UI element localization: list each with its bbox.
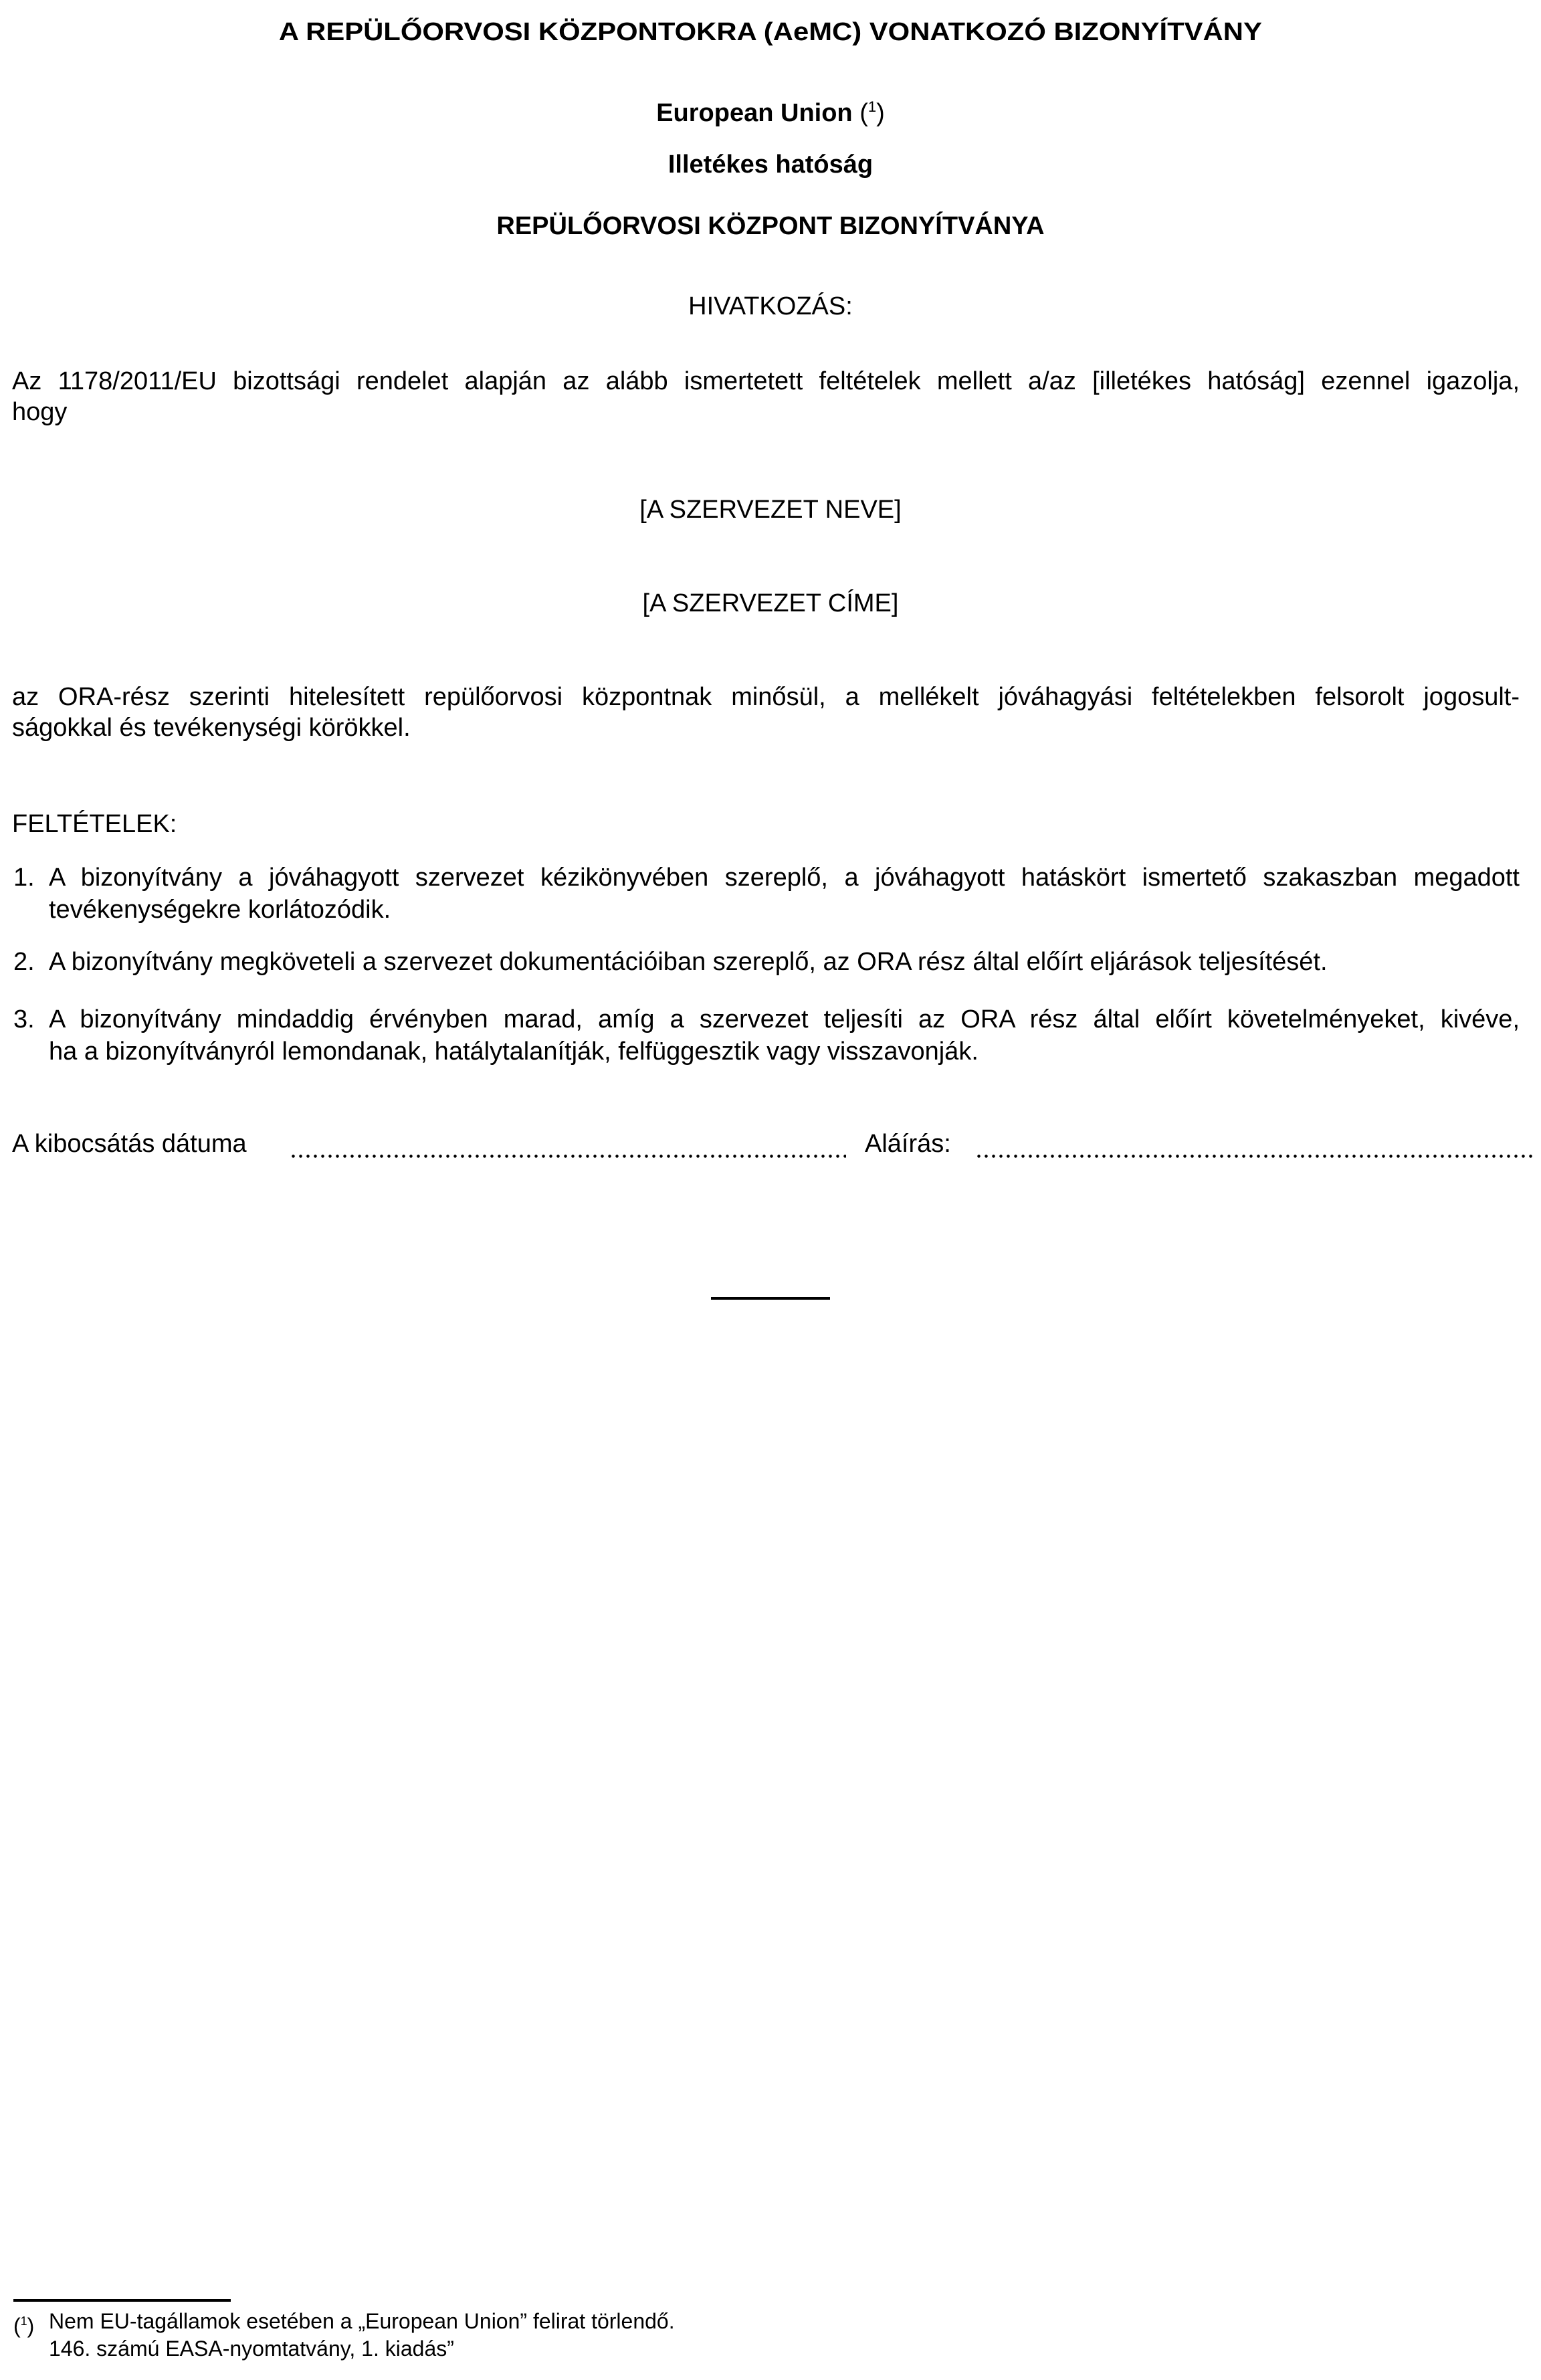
condition-text-line: tevékenységekre korlátozódik. xyxy=(49,895,1520,924)
footnote-marker: (1) xyxy=(13,2308,34,2339)
organisation-address-field: [A SZERVEZET CÍME] xyxy=(0,589,1541,618)
signature-label: Aláírás: xyxy=(865,1129,951,1159)
issuer-name: European Union xyxy=(656,99,852,127)
condition-text-line: A bizonyítvány mindaddig érvényben marad… xyxy=(49,1005,1520,1034)
issuer-line: European Union (1) xyxy=(0,92,1541,128)
conditions-heading: FELTÉTELEK: xyxy=(12,809,177,839)
issue-date-label: A kibocsátás dátuma xyxy=(12,1129,247,1159)
condition-number: 1. xyxy=(13,863,35,892)
issue-date-field[interactable] xyxy=(290,1155,846,1158)
condition-number: 2. xyxy=(13,947,35,977)
document-title: A REPÜLŐORVOSI KÖZPONTOKRA (AeMC) VONATK… xyxy=(0,17,1541,47)
reference-label: HIVATKOZÁS: xyxy=(0,292,1541,321)
footnote-separator xyxy=(13,2299,231,2302)
qualification-line-1: az ORA-rész szerinti hitelesített repülő… xyxy=(12,682,1520,712)
form-reference: 146. számú EASA-nyomtatvány, 1. kiadás” xyxy=(49,2335,454,2362)
document-title-text: A REPÜLŐORVOSI KÖZPONTOKRA (AeMC) VONATK… xyxy=(279,17,1262,47)
signature-field[interactable] xyxy=(975,1155,1534,1158)
certificate-title: REPÜLŐORVOSI KÖZPONT BIZONYÍTVÁNYA xyxy=(0,211,1541,241)
competent-authority: Illetékes hatóság xyxy=(0,150,1541,179)
organisation-name-field: [A SZERVEZET NEVE] xyxy=(0,495,1541,524)
intro-line-2: hogy xyxy=(12,397,1520,427)
condition-text-line: A bizonyítvány a jóváhagyott szervezet k… xyxy=(49,863,1520,892)
footnote-text: Nem EU-tagállamok esetében a „European U… xyxy=(49,2308,675,2335)
qualification-line-2: ságokkal és tevékenységi körökkel. xyxy=(12,713,1520,742)
condition-text-line: ha a bizonyítványról lemondanak, hatályt… xyxy=(49,1037,1520,1066)
signature-row: A kibocsátás dátuma Aláírás: xyxy=(12,1129,1534,1163)
intro-line-1: Az 1178/2011/EU bizottsági rendelet alap… xyxy=(12,367,1520,396)
footnote-ref-number: 1 xyxy=(868,98,876,115)
issuer-footnote-ref[interactable]: (1) xyxy=(859,99,885,127)
condition-number: 3. xyxy=(13,1005,35,1034)
condition-text-line: A bizonyítvány megköveteli a szervezet d… xyxy=(49,947,1520,977)
footnote-marker-number: 1 xyxy=(21,2314,27,2328)
section-end-rule xyxy=(711,1297,830,1300)
